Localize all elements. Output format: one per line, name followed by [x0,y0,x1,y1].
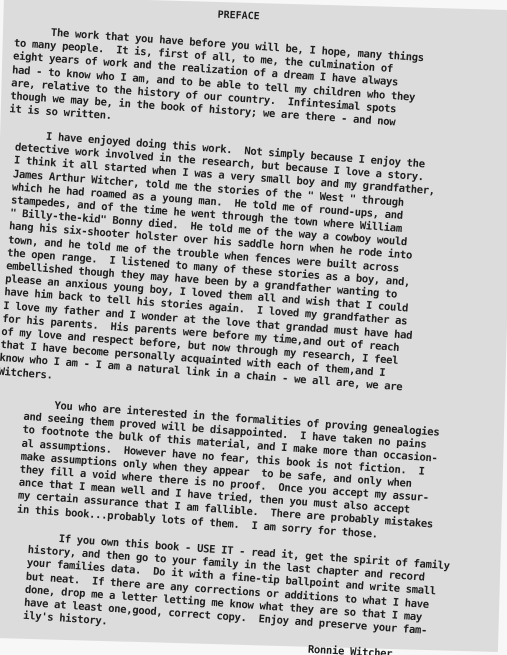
paragraph-2: I have enjoyed doing this work. Not simp… [0,128,437,409]
paragraph-1: The work that you have before you will b… [9,24,424,144]
scanned-page: PREFACE The work that you have before yo… [0,0,507,652]
paragraph-4: If you own this book - USE IT - read it,… [23,531,450,653]
page-title: PREFACE [217,9,260,24]
preface-text: PREFACE The work that you have before yo… [4,0,507,10]
paragraph-3: You who are interested in the formalitie… [17,398,440,546]
